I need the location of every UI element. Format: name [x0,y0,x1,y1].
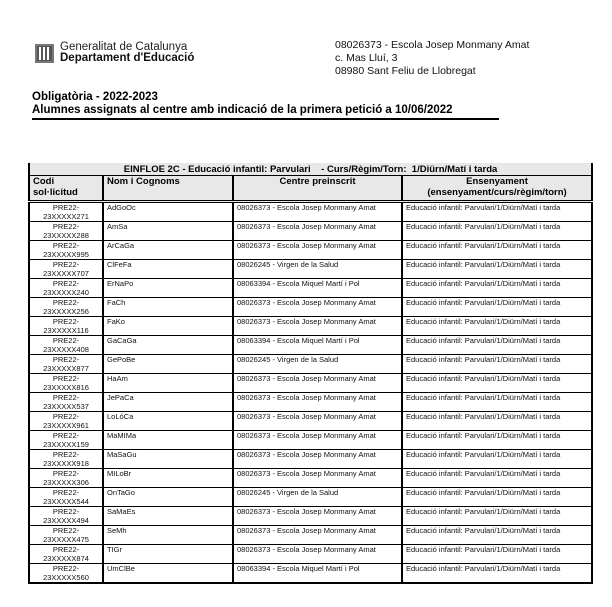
cell-centre: 08026245 - Virgen de la Salud [233,355,402,374]
cell-name: OnTaGo [103,488,233,507]
table-row: PRE22-23XXXXX918MaSaGu08026373 - Escola … [29,450,592,469]
cell-centre: 08026373 - Escola Josep Monmany Amat [233,374,402,393]
cell-ensenyament: Educació infantil: Parvulari/1/Diürn/Mat… [402,260,592,279]
cell-ensenyament: Educació infantil: Parvulari/1/Diürn/Mat… [402,317,592,336]
table-row: PRE22-23XXXXX537JePaCa08026373 - Escola … [29,393,592,412]
table-row: PRE22-23XXXXX877GePoBe08026245 - Virgen … [29,355,592,374]
table-row: PRE22-23XXXXX560UmClBe08063394 - Escola … [29,564,592,584]
cell-centre: 08026373 - Escola Josep Monmany Amat [233,545,402,564]
column-header-ensenyament: Ensenyament (ensenyament/curs/règim/torn… [402,176,592,202]
table-row: PRE22-23XXXXX995ArCaGa08026373 - Escola … [29,241,592,260]
cell-code: PRE22-23XXXXX475 [29,526,103,545]
cell-ensenyament: Educació infantil: Parvulari/1/Diürn/Mat… [402,564,592,584]
cell-code: PRE22-23XXXXX707 [29,260,103,279]
cell-ensenyament: Educació infantil: Parvulari/1/Diürn/Mat… [402,336,592,355]
cell-name: AdGoOc [103,202,233,222]
cell-code: PRE22-23XXXXX256 [29,298,103,317]
cell-centre: 08026373 - Escola Josep Monmany Amat [233,412,402,431]
students-table-body: PRE22-23XXXXX271AdGoOc08026373 - Escola … [29,202,592,584]
cell-name: GaCaGa [103,336,233,355]
cell-centre: 08026373 - Escola Josep Monmany Amat [233,431,402,450]
cell-name: MaMIMa [103,431,233,450]
address-school-name: 08026373 - Escola Josep Monmany Amat [335,39,529,52]
cell-ensenyament: Educació infantil: Parvulari/1/Diürn/Mat… [402,412,592,431]
catalonia-coat-of-arms-icon [35,44,54,63]
cell-centre: 08063394 - Escola Miquel Martí i Pol [233,564,402,584]
table-row: PRE22-23XXXXX116FaKo08026373 - Escola Jo… [29,317,592,336]
cell-name: ArCaGa [103,241,233,260]
cell-ensenyament: Educació infantil: Parvulari/1/Diürn/Mat… [402,202,592,222]
table-row: PRE22-23XXXXX707ClFeFa08026245 - Virgen … [29,260,592,279]
cell-centre: 08026373 - Escola Josep Monmany Amat [233,298,402,317]
cell-centre: 08026373 - Escola Josep Monmany Amat [233,317,402,336]
cell-code: PRE22-23XXXXX560 [29,564,103,584]
cell-code: PRE22-23XXXXX159 [29,431,103,450]
cell-name: UmClBe [103,564,233,584]
table-row: PRE22-23XXXXX961LoLóCa08026373 - Escola … [29,412,592,431]
cell-ensenyament: Educació infantil: Parvulari/1/Diürn/Mat… [402,469,592,488]
table-row: PRE22-23XXXXX475SeMh08026373 - Escola Jo… [29,526,592,545]
cell-centre: 08026373 - Escola Josep Monmany Amat [233,241,402,260]
cell-name: SeMh [103,526,233,545]
cell-centre: 08026245 - Virgen de la Salud [233,260,402,279]
cell-centre: 08026373 - Escola Josep Monmany Amat [233,507,402,526]
cell-centre: 08026373 - Escola Josep Monmany Amat [233,202,402,222]
table-row: PRE22-23XXXXX256FaCh08026373 - Escola Jo… [29,298,592,317]
cell-ensenyament: Educació infantil: Parvulari/1/Diürn/Mat… [402,507,592,526]
cell-name: SaMaEs [103,507,233,526]
cell-code: PRE22-23XXXXX995 [29,241,103,260]
cell-code: PRE22-23XXXXX537 [29,393,103,412]
cell-ensenyament: Educació infantil: Parvulari/1/Diürn/Mat… [402,298,592,317]
cell-ensenyament: Educació infantil: Parvulari/1/Diürn/Mat… [402,431,592,450]
cell-name: GePoBe [103,355,233,374]
cell-centre: 08026373 - Escola Josep Monmany Amat [233,469,402,488]
cell-ensenyament: Educació infantil: Parvulari/1/Diürn/Mat… [402,450,592,469]
table-row: PRE22-23XXXXX874TIGr08026373 - Escola Jo… [29,545,592,564]
column-header-centre: Centre preinscrit [233,176,402,202]
institution-logo: Generalitat de Catalunya Departament d'E… [35,42,194,64]
cell-centre: 08026373 - Escola Josep Monmany Amat [233,222,402,241]
cell-name: FaCh [103,298,233,317]
cell-ensenyament: Educació infantil: Parvulari/1/Diürn/Mat… [402,222,592,241]
cell-code: PRE22-23XXXXX816 [29,374,103,393]
cell-code: PRE22-23XXXXX288 [29,222,103,241]
column-header-name: Nom i Cognoms [103,176,233,202]
cell-name: ErNaPo [103,279,233,298]
cell-centre: 08026373 - Escola Josep Monmany Amat [233,450,402,469]
cell-ensenyament: Educació infantil: Parvulari/1/Diürn/Mat… [402,488,592,507]
cell-centre: 08026373 - Escola Josep Monmany Amat [233,526,402,545]
report-title: Obligatòria - 2022-2023 Alumnes assignat… [32,91,499,120]
logo-line-department: Departament d'Educació [60,53,194,64]
cell-centre: 08063394 - Escola Miquel Martí i Pol [233,279,402,298]
address-street: c. Mas Lluí, 3 [335,52,529,65]
cell-name: AmSa [103,222,233,241]
group-header: EINFLOE 2C - Educació infantil: Parvular… [29,163,592,176]
cell-ensenyament: Educació infantil: Parvulari/1/Diürn/Mat… [402,279,592,298]
table-row: PRE22-23XXXXX544OnTaGo08026245 - Virgen … [29,488,592,507]
address-city: 08980 Sant Feliu de Llobregat [335,65,529,78]
table-row: PRE22-23XXXXX494SaMaEs08026373 - Escola … [29,507,592,526]
cell-name: HaAm [103,374,233,393]
cell-centre: 08026373 - Escola Josep Monmany Amat [233,393,402,412]
report-title-description: Alumnes assignats al centre amb indicaci… [32,104,499,117]
cell-code: PRE22-23XXXXX271 [29,202,103,222]
cell-ensenyament: Educació infantil: Parvulari/1/Diürn/Mat… [402,241,592,260]
cell-code: PRE22-23XXXXX877 [29,355,103,374]
cell-code: PRE22-23XXXXX874 [29,545,103,564]
column-header-code: Codi sol·licitud [29,176,103,202]
cell-ensenyament: Educació infantil: Parvulari/1/Diürn/Mat… [402,355,592,374]
cell-name: LoLóCa [103,412,233,431]
cell-code: PRE22-23XXXXX116 [29,317,103,336]
table-row: PRE22-23XXXXX271AdGoOc08026373 - Escola … [29,202,592,222]
school-address: 08026373 - Escola Josep Monmany Amat c. … [335,39,529,78]
cell-ensenyament: Educació infantil: Parvulari/1/Diürn/Mat… [402,545,592,564]
cell-name: FaKo [103,317,233,336]
cell-code: PRE22-23XXXXX494 [29,507,103,526]
cell-name: TIGr [103,545,233,564]
students-table: EINFLOE 2C - Educació infantil: Parvular… [28,163,593,584]
cell-centre: 08063394 - Escola Miquel Martí i Pol [233,336,402,355]
cell-code: PRE22-23XXXXX408 [29,336,103,355]
cell-centre: 08026245 - Virgen de la Salud [233,488,402,507]
cell-name: MaSaGu [103,450,233,469]
cell-code: PRE22-23XXXXX306 [29,469,103,488]
cell-ensenyament: Educació infantil: Parvulari/1/Diürn/Mat… [402,374,592,393]
table-row: PRE22-23XXXXX159MaMIMa08026373 - Escola … [29,431,592,450]
table-row: PRE22-23XXXXX408GaCaGa08063394 - Escola … [29,336,592,355]
table-row: PRE22-23XXXXX816HaAm08026373 - Escola Jo… [29,374,592,393]
cell-code: PRE22-23XXXXX918 [29,450,103,469]
table-row: PRE22-23XXXXX288AmSa08026373 - Escola Jo… [29,222,592,241]
cell-name: ClFeFa [103,260,233,279]
cell-ensenyament: Educació infantil: Parvulari/1/Diürn/Mat… [402,526,592,545]
cell-name: MILoBr [103,469,233,488]
cell-name: JePaCa [103,393,233,412]
report-title-year: Obligatòria - 2022-2023 [32,91,499,104]
cell-code: PRE22-23XXXXX961 [29,412,103,431]
cell-ensenyament: Educació infantil: Parvulari/1/Diürn/Mat… [402,393,592,412]
table-row: PRE22-23XXXXX240ErNaPo08063394 - Escola … [29,279,592,298]
table-row: PRE22-23XXXXX306MILoBr08026373 - Escola … [29,469,592,488]
cell-code: PRE22-23XXXXX544 [29,488,103,507]
cell-code: PRE22-23XXXXX240 [29,279,103,298]
